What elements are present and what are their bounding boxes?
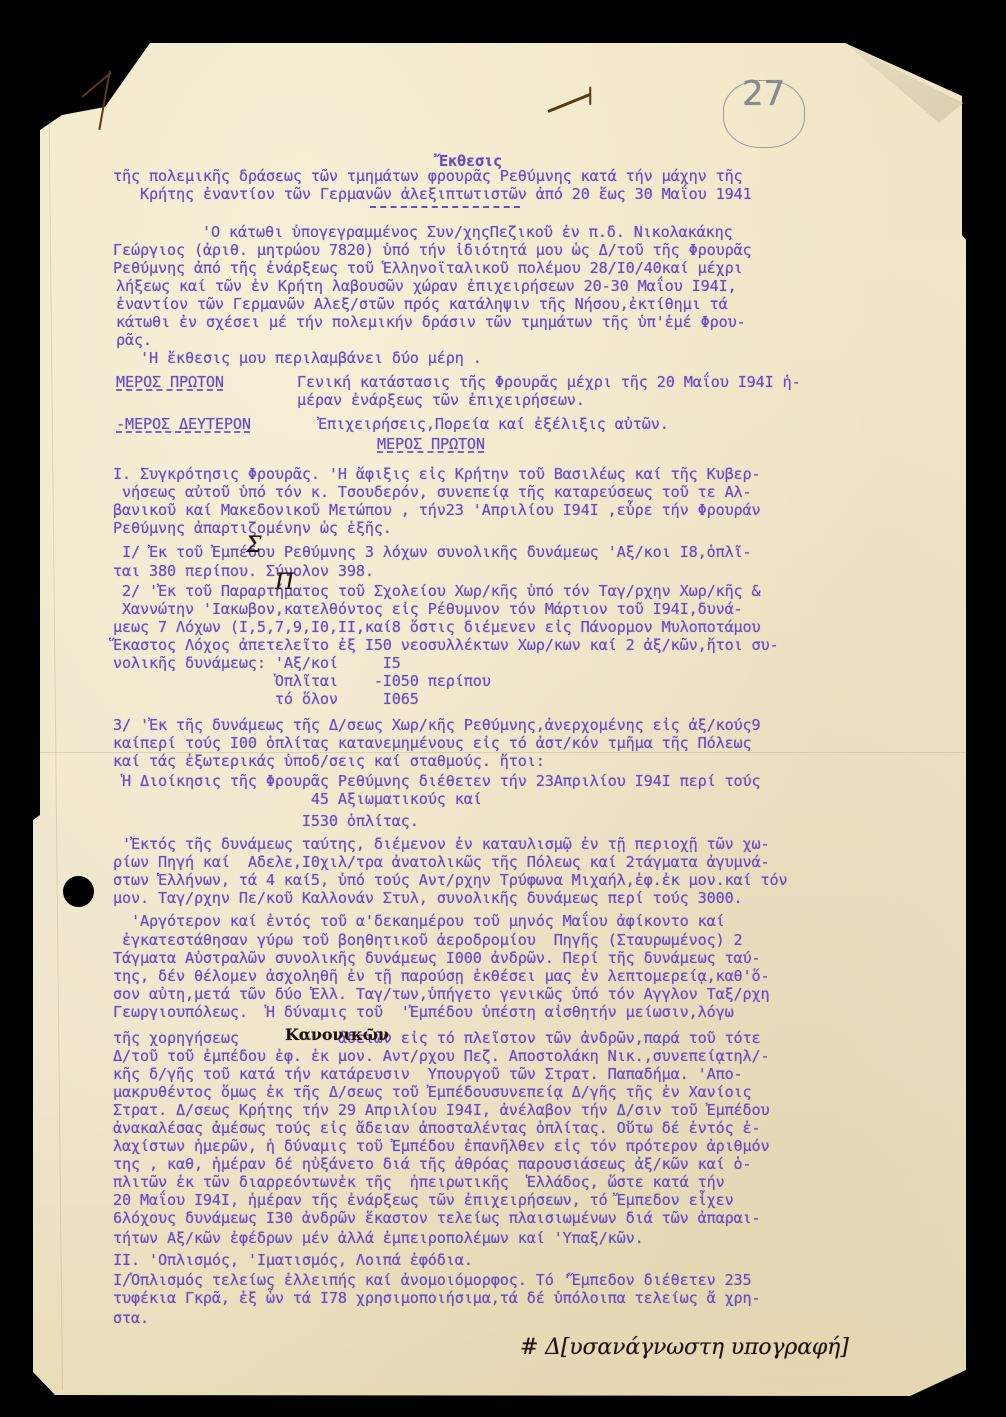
body-line: Δ/τοῦ τοῦ ἐμπέδου ἐφ. ἐκ μον. Αντ/ρχου Π…: [113, 1048, 770, 1065]
body-line: μεως 7 Λόχων (Ι,5,7,9,Ι0,ΙΙ,καί8 ὅστις δ…: [113, 619, 761, 636]
body-line: ται 380 περίπου. Σύνολον 398.: [113, 563, 374, 580]
body-line: ΙΙ. 'Οπλισμός, 'Ιματισμός, Λοιπά ἐφόδια.: [113, 1252, 473, 1269]
body-line: κῆς δ/γῆς τοῦ κατά τήν κατάρευσιν Υπουργ…: [113, 1066, 743, 1083]
body-line: Τάγματα Αὐστραλῶν συνολικῆς δυνάμεως Ι00…: [113, 950, 761, 967]
document-body: 27 Ἔκθεσις τῆς πολεμικῆς δράσεως τῶν τμη…: [0, 0, 1006, 1417]
top-mark-dash: [547, 93, 591, 113]
body-line: Ὁπλῖται -Ι050 περίπου: [113, 673, 491, 690]
page-number: 27: [742, 86, 785, 103]
intro-line: 'Ο κάτωθι ὑπογεγραμμένος Συν/χηςΠεζικοῦ …: [202, 224, 733, 241]
section-heading: ΜΕΡΟΣ ΠΡΩΤΟΝ: [377, 436, 485, 453]
body-line: Ι/ Ἐκ τοῦ Ἐμπέδου Ρεθύμνης 3 λόχων συνολ…: [113, 544, 752, 561]
body-line: τυφέκια Γκρᾶ, ἐξ ὧν τά Ι78 χρησιμοποιήσι…: [113, 1290, 761, 1307]
body-line: 20 Μαΐου Ι94Ι, ἡμέραν τῆς ἐνάρξεως τῶν ἐ…: [113, 1192, 734, 1209]
body-line: ἀνακαλέσας ἀμέσως τούς εἰς ἄδειαν ἀποστα…: [113, 1120, 761, 1137]
handwritten-insert-kanonikon: Κανονικῶν: [285, 1027, 389, 1044]
body-line: νήσεως αὐτοῦ ὑπό τόν κ. Τσουδερόν, συνεπ…: [113, 484, 752, 501]
body-line: τήτων Αξ/κῶν ἐφέδρων μέν ἀλλά ἐμπειροπολ…: [113, 1230, 644, 1247]
body-line: Ι. Συγκρότησις Φρουρᾶς. 'Η ἄφιξις εἰς Κρ…: [113, 466, 761, 483]
body-line: ἐγκατεστάθησαν γύρω τοῦ βοηθητικοῦ ἀεροδ…: [113, 932, 743, 949]
intro-line: κάτωθι ἐν σχέσει μέ τήν πολεμικήν δράσιν…: [116, 314, 746, 331]
body-line: Ἡ Διοίκησις τῆς Φρουρᾶς Ρεθύμνης διέθετε…: [113, 773, 761, 790]
body-line: λαχίστων ἡμερῶν, ἡ δύναμις τοῦ Ἐμπέδου ἐ…: [113, 1138, 770, 1155]
body-line: μακρυθέντος ὅμως ἐκ τῆς Δ/σεως τοῦ Ἐμπέδ…: [113, 1084, 752, 1101]
intro-line: Γεώργιος (ἀριθ. μητρώου 7820) ὑπό τήν ἰδ…: [113, 242, 752, 259]
body-line: στων Ἑλλήνων, τά 4 καί5, ὑπό τούς Αντ/ρχ…: [113, 872, 788, 889]
body-line: της, δέν θέλομεν ἀσχοληθῆ ἐν τῇ παρούσῃ …: [113, 968, 770, 985]
body-line: Γεωργιουπόλεως. Ἡ δύναμις τοῦ 'Ἐμπέδου ὑ…: [113, 1004, 734, 1021]
body-line: Χαννώτην 'Ιακωβον,κατελθόντος εἰς Ρέθυμν…: [113, 601, 743, 618]
body-line: βανικοῦ καί Μακεδονικοῦ Μετώπου , τήν23 …: [113, 502, 761, 519]
body-line: καί τάς ἐξωτερικάς ὑποδ/σεις καί σταθμού…: [113, 753, 545, 770]
body-line: Ἕκαστος Λόχος ἀπετελεῖτο ἐξ Ι50 νεοσυλλέ…: [113, 637, 779, 654]
handwritten-insert: Σ: [246, 538, 261, 555]
intro-line: 'Η ἔκθεσις μου περιλαμβάνει δύο μέρη .: [140, 350, 482, 367]
intro-line: λήξεως καί τῶν ἐν Κρήτη λαβουσῶν χώραν ἐ…: [116, 278, 737, 295]
signature: # Δ[υσανάγνωστη υπογραφή]: [520, 1340, 849, 1357]
body-line: Ι530 ὁπλίτας.: [113, 813, 419, 830]
body-line: 2/ 'Ἐκ τοῦ Παραρτήματος τοῦ Σχολείου Χωρ…: [113, 583, 761, 600]
part-one-desc: μέραν ἐνάρξεως τῶν ἐπιχειρήσεων.: [297, 392, 585, 409]
part-two-desc: Ἐπιχειρήσεις,Πορεία καί ἐξέλιξις αὐτῶν.: [318, 416, 669, 433]
body-line: ρίων Πηγή καί Αδελε,Ι0χιλ/τρα ἀνατολικῶς…: [113, 854, 770, 871]
body-line: 'Ἐκτός τῆς δυνάμεως ταύτης, διέμενον ἐν …: [113, 836, 770, 853]
body-line: της , καθ, ἡμέραν δέ ηὐξάνετο διά τῆς ἀθ…: [113, 1156, 752, 1173]
body-line: σον αὐτη,μετά τῶν δύο Ἑλλ. Ταγ/των,ὑπήγε…: [113, 986, 770, 1003]
intro-line: ἐναντίον τῶν Γερμανῶν Αλεξ/στῶν πρός κατ…: [116, 296, 728, 313]
body-line: στα.: [113, 1310, 149, 1327]
body-line: Ι/Ὁπλισμός τελείως ἐλλειπής καί ἀνομοιόμ…: [113, 1272, 752, 1289]
body-line: 3/ 'Ἐκ τῆς δυνάμεως τῆς Δ/σεως Χωρ/κῆς Ρ…: [113, 717, 761, 734]
body-line: τό ὅλον Ι065: [113, 691, 419, 708]
part-one-label: ΜΕΡΟΣ ΠΡΩΤΟΝ: [116, 374, 224, 391]
body-line: πλιτῶν ἐκ τῶν διαρρεόντωνἐκ τῆς ἠπειρωτι…: [113, 1174, 725, 1191]
intro-line: ρᾶς.: [116, 332, 152, 349]
subtitle-line-1: τῆς πολεμικῆς δράσεως τῶν τμημάτων φρουρ…: [113, 168, 743, 185]
handwritten-insert: Π: [275, 575, 294, 592]
body-line: 6λόχους δυνάμεως Ι30 ἀνδρῶν ἕκαστον τελε…: [113, 1210, 761, 1227]
body-line: τῆς χορηγήσεως ἀδειῶν εἰς τό πλεῖστον τῶ…: [113, 1030, 761, 1047]
body-line: Στρατ. Δ/σεως Κρήτης τήν 29 Απριλίου Ι94…: [113, 1102, 770, 1119]
body-line: μον. Ταγ/ρχην Πε/κοῦ Καλλονάν Στυλ, συνο…: [113, 890, 743, 907]
part-two-label: -ΜΕΡΟΣ ΔΕΥΤΕΡΟΝ: [116, 416, 251, 433]
body-line: νολικῆς δυνάμεως: 'Αξ/κοί Ι5: [113, 655, 401, 672]
part-one-desc: Γενική κατάστασις τῆς Φρουρᾶς μέχρι τῆς …: [297, 374, 801, 391]
body-line: 45 Αξιωματικούς καί: [113, 791, 482, 808]
subtitle-line-2: Κρήτης ἐναντίον τῶν Γερμανῶν ἀλεξιπτωτισ…: [140, 186, 752, 203]
title-divider: [370, 206, 520, 208]
intro-line: Ρεθύμνης ἀπό τῆς ἐνάρξεως τοῦ Ἑλληνοϊταλ…: [113, 260, 743, 277]
body-line: 'Αργότερον καί ἐντός τοῦ α'δεκαημέρου το…: [113, 913, 725, 930]
body-line: καίπερί τούς Ι00 ὁπλίτας κατανεμημένους …: [113, 735, 752, 752]
